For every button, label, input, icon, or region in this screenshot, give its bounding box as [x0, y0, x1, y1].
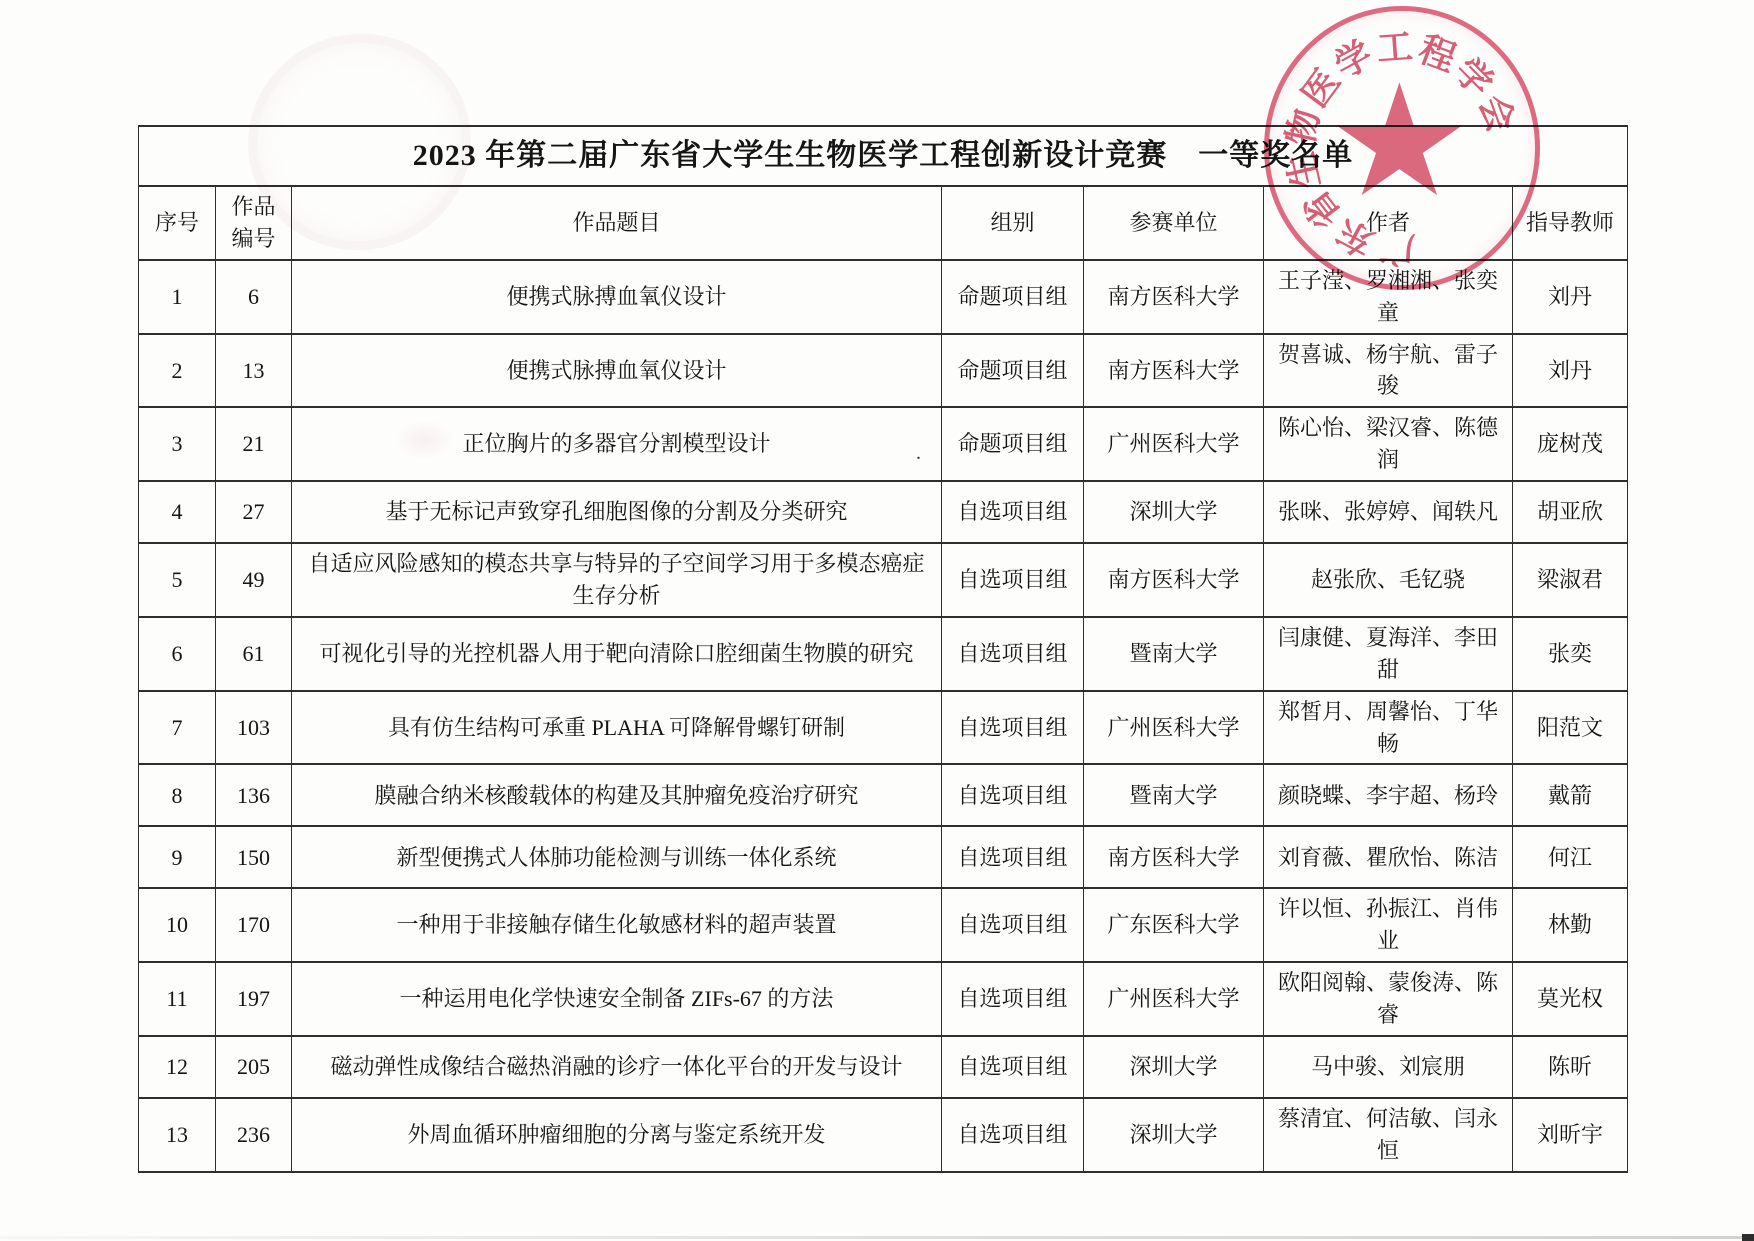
cell-title: 外周血循环肿瘤细胞的分离与鉴定系统开发: [292, 1098, 942, 1172]
cell-advisor: 何江: [1513, 826, 1628, 888]
stamp-text-char: 医: [1288, 57, 1350, 116]
cell-id: 170: [216, 888, 292, 962]
cell-title: 可视化引导的光控机器人用于靶向清除口腔细菌生物膜的研究: [292, 617, 942, 691]
column-header: 指导教师: [1513, 186, 1628, 260]
table-row: 13236外周血循环肿瘤细胞的分离与鉴定系统开发自选项目组深圳大学蔡清宜、何洁敏…: [139, 1098, 1628, 1172]
cell-no: 3: [139, 407, 216, 481]
cell-group: 自选项目组: [942, 691, 1084, 765]
cell-advisor: 梁淑君: [1513, 543, 1628, 617]
cell-title: 磁动弹性成像结合磁热消融的诊疗一体化平台的开发与设计: [292, 1036, 942, 1098]
cell-no: 12: [139, 1036, 216, 1098]
cell-authors: 郑皙月、周馨怡、丁华畅: [1264, 691, 1513, 765]
table-row: 12205磁动弹性成像结合磁热消融的诊疗一体化平台的开发与设计自选项目组深圳大学…: [139, 1036, 1628, 1098]
cell-title: 一种用于非接触存储生化敏感材料的超声装置: [292, 888, 942, 962]
cell-unit: 深圳大学: [1084, 1098, 1264, 1172]
cell-no: 7: [139, 691, 216, 765]
stamp-text-char: 工: [1375, 19, 1415, 72]
cell-title: 便携式脉搏血氧仪设计: [292, 260, 942, 334]
cell-advisor: 张奕: [1513, 617, 1628, 691]
award-table: 2023 年第二届广东省大学生生物医学工程创新设计竞赛 一等奖名单 序号作品编号…: [138, 125, 1628, 1173]
scanned-document-page: 2023 年第二届广东省大学生生物医学工程创新设计竞赛 一等奖名单 序号作品编号…: [0, 0, 1754, 1241]
scan-corner-artifact: [1742, 1234, 1754, 1241]
cell-title: 新型便携式人体肺功能检测与训练一体化系统: [292, 826, 942, 888]
table-row: 8136膜融合纳米核酸载体的构建及其肿瘤免疫治疗研究自选项目组暨南大学颜晓蝶、李…: [139, 764, 1628, 826]
document-title: 2023 年第二届广东省大学生生物医学工程创新设计竞赛 一等奖名单: [139, 126, 1628, 186]
cell-title: 正位胸片的多器官分割模型设计.: [292, 407, 942, 481]
table-row: 7103具有仿生结构可承重 PLAHA 可降解骨螺钉研制自选项目组广州医科大学郑…: [139, 691, 1628, 765]
cell-unit: 暨南大学: [1084, 764, 1264, 826]
cell-authors: 王子滢、罗湘湘、张奕童: [1264, 260, 1513, 334]
cell-title: 基于无标记声致穿孔细胞图像的分割及分类研究: [292, 481, 942, 543]
cell-id: 103: [216, 691, 292, 765]
cell-unit: 深圳大学: [1084, 481, 1264, 543]
cell-authors: 闫康健、夏海洋、李田甜: [1264, 617, 1513, 691]
cell-advisor: 林勤: [1513, 888, 1628, 962]
cell-advisor: 刘昕宇: [1513, 1098, 1628, 1172]
cell-id: 21: [216, 407, 292, 481]
cell-advisor: 胡亚欣: [1513, 481, 1628, 543]
cell-authors: 张咪、张婷婷、闻轶凡: [1264, 481, 1513, 543]
column-header: 作品题目: [292, 186, 942, 260]
cell-id: 197: [216, 962, 292, 1036]
cell-unit: 广州医科大学: [1084, 962, 1264, 1036]
cell-group: 命题项目组: [942, 407, 1084, 481]
cell-unit: 暨南大学: [1084, 617, 1264, 691]
cell-group: 命题项目组: [942, 260, 1084, 334]
cell-unit: 广州医科大学: [1084, 407, 1264, 481]
cell-title: 膜融合纳米核酸载体的构建及其肿瘤免疫治疗研究: [292, 764, 942, 826]
cell-no: 8: [139, 764, 216, 826]
cell-id: 205: [216, 1036, 292, 1098]
stamp-text-char: 学: [1444, 45, 1506, 106]
cell-advisor: 刘丹: [1513, 334, 1628, 408]
cell-unit: 南方医科大学: [1084, 334, 1264, 408]
table-row: 427基于无标记声致穿孔细胞图像的分割及分类研究自选项目组深圳大学张咪、张婷婷、…: [139, 481, 1628, 543]
cell-group: 自选项目组: [942, 481, 1084, 543]
cell-authors: 蔡清宜、何洁敏、闫永恒: [1264, 1098, 1513, 1172]
cell-group: 自选项目组: [942, 962, 1084, 1036]
table-body: 16便携式脉搏血氧仪设计命题项目组南方医科大学王子滢、罗湘湘、张奕童刘丹213便…: [139, 260, 1628, 1172]
table-row: 213便携式脉搏血氧仪设计命题项目组南方医科大学贺喜诚、杨宇航、雷子骏刘丹: [139, 334, 1628, 408]
stray-mark: .: [916, 439, 921, 468]
cell-group: 命题项目组: [942, 334, 1084, 408]
cell-unit: 南方医科大学: [1084, 826, 1264, 888]
cell-group: 自选项目组: [942, 1098, 1084, 1172]
cell-authors: 赵张欣、毛钇骁: [1264, 543, 1513, 617]
cell-unit: 南方医科大学: [1084, 543, 1264, 617]
column-header: 作品编号: [216, 186, 292, 260]
table-title-row: 2023 年第二届广东省大学生生物医学工程创新设计竞赛 一等奖名单: [139, 126, 1628, 186]
cell-group: 自选项目组: [942, 1036, 1084, 1098]
stamp-text-char: 学: [1324, 27, 1380, 89]
cell-group: 自选项目组: [942, 764, 1084, 826]
cell-advisor: 庞树茂: [1513, 407, 1628, 481]
column-header: 序号: [139, 186, 216, 260]
table-row: 16便携式脉搏血氧仪设计命题项目组南方医科大学王子滢、罗湘湘、张奕童刘丹: [139, 260, 1628, 334]
cell-no: 6: [139, 617, 216, 691]
cell-no: 13: [139, 1098, 216, 1172]
cell-group: 自选项目组: [942, 888, 1084, 962]
table-header-row: 序号作品编号作品题目组别参赛单位作者指导教师: [139, 186, 1628, 260]
cell-title: 便携式脉搏血氧仪设计: [292, 334, 942, 408]
cell-no: 11: [139, 962, 216, 1036]
cell-unit: 广州医科大学: [1084, 691, 1264, 765]
cell-id: 236: [216, 1098, 292, 1172]
cell-advisor: 刘丹: [1513, 260, 1628, 334]
cell-id: 13: [216, 334, 292, 408]
column-header: 作者: [1264, 186, 1513, 260]
cell-authors: 欧阳阅翰、蒙俊涛、陈睿: [1264, 962, 1513, 1036]
cell-title: 具有仿生结构可承重 PLAHA 可降解骨螺钉研制: [292, 691, 942, 765]
column-header: 组别: [942, 186, 1084, 260]
cell-title: 自适应风险感知的模态共享与特异的子空间学习用于多模态癌症生存分析: [292, 543, 942, 617]
cell-id: 136: [216, 764, 292, 826]
cell-authors: 贺喜诚、杨宇航、雷子骏: [1264, 334, 1513, 408]
cell-group: 自选项目组: [942, 617, 1084, 691]
table-row: 321正位胸片的多器官分割模型设计.命题项目组广州医科大学陈心怡、梁汉睿、陈德润…: [139, 407, 1628, 481]
cell-no: 1: [139, 260, 216, 334]
cell-id: 6: [216, 260, 292, 334]
scan-edge-artifact: [0, 1236, 1754, 1239]
table-row: 11197一种运用电化学快速安全制备 ZIFs-67 的方法自选项目组广州医科大…: [139, 962, 1628, 1036]
cell-id: 27: [216, 481, 292, 543]
cell-no: 4: [139, 481, 216, 543]
stamp-text-char: 程: [1412, 21, 1464, 81]
table-row: 549自适应风险感知的模态共享与特异的子空间学习用于多模态癌症生存分析自选项目组…: [139, 543, 1628, 617]
table-row: 661可视化引导的光控机器人用于靶向清除口腔细菌生物膜的研究自选项目组暨南大学闫…: [139, 617, 1628, 691]
cell-authors: 颜晓蝶、李宇超、杨玲: [1264, 764, 1513, 826]
column-header: 参赛单位: [1084, 186, 1264, 260]
cell-no: 5: [139, 543, 216, 617]
cell-advisor: 莫光权: [1513, 962, 1628, 1036]
cell-no: 10: [139, 888, 216, 962]
cell-id: 49: [216, 543, 292, 617]
cell-id: 61: [216, 617, 292, 691]
cell-id: 150: [216, 826, 292, 888]
cell-group: 自选项目组: [942, 826, 1084, 888]
cell-advisor: 陈昕: [1513, 1036, 1628, 1098]
table-row: 10170一种用于非接触存储生化敏感材料的超声装置自选项目组广东医科大学许以恒、…: [139, 888, 1628, 962]
table-row: 9150新型便携式人体肺功能检测与训练一体化系统自选项目组南方医科大学刘育薇、瞿…: [139, 826, 1628, 888]
cell-title: 一种运用电化学快速安全制备 ZIFs-67 的方法: [292, 962, 942, 1036]
cell-advisor: 戴箭: [1513, 764, 1628, 826]
cell-no: 9: [139, 826, 216, 888]
cell-authors: 许以恒、孙振江、肖伟业: [1264, 888, 1513, 962]
cell-advisor: 阳范文: [1513, 691, 1628, 765]
cell-authors: 陈心怡、梁汉睿、陈德润: [1264, 407, 1513, 481]
cell-authors: 刘育薇、瞿欣怡、陈洁: [1264, 826, 1513, 888]
cell-unit: 深圳大学: [1084, 1036, 1264, 1098]
cell-group: 自选项目组: [942, 543, 1084, 617]
cell-authors: 马中骏、刘宸朋: [1264, 1036, 1513, 1098]
cell-unit: 南方医科大学: [1084, 260, 1264, 334]
cell-no: 2: [139, 334, 216, 408]
cell-unit: 广东医科大学: [1084, 888, 1264, 962]
